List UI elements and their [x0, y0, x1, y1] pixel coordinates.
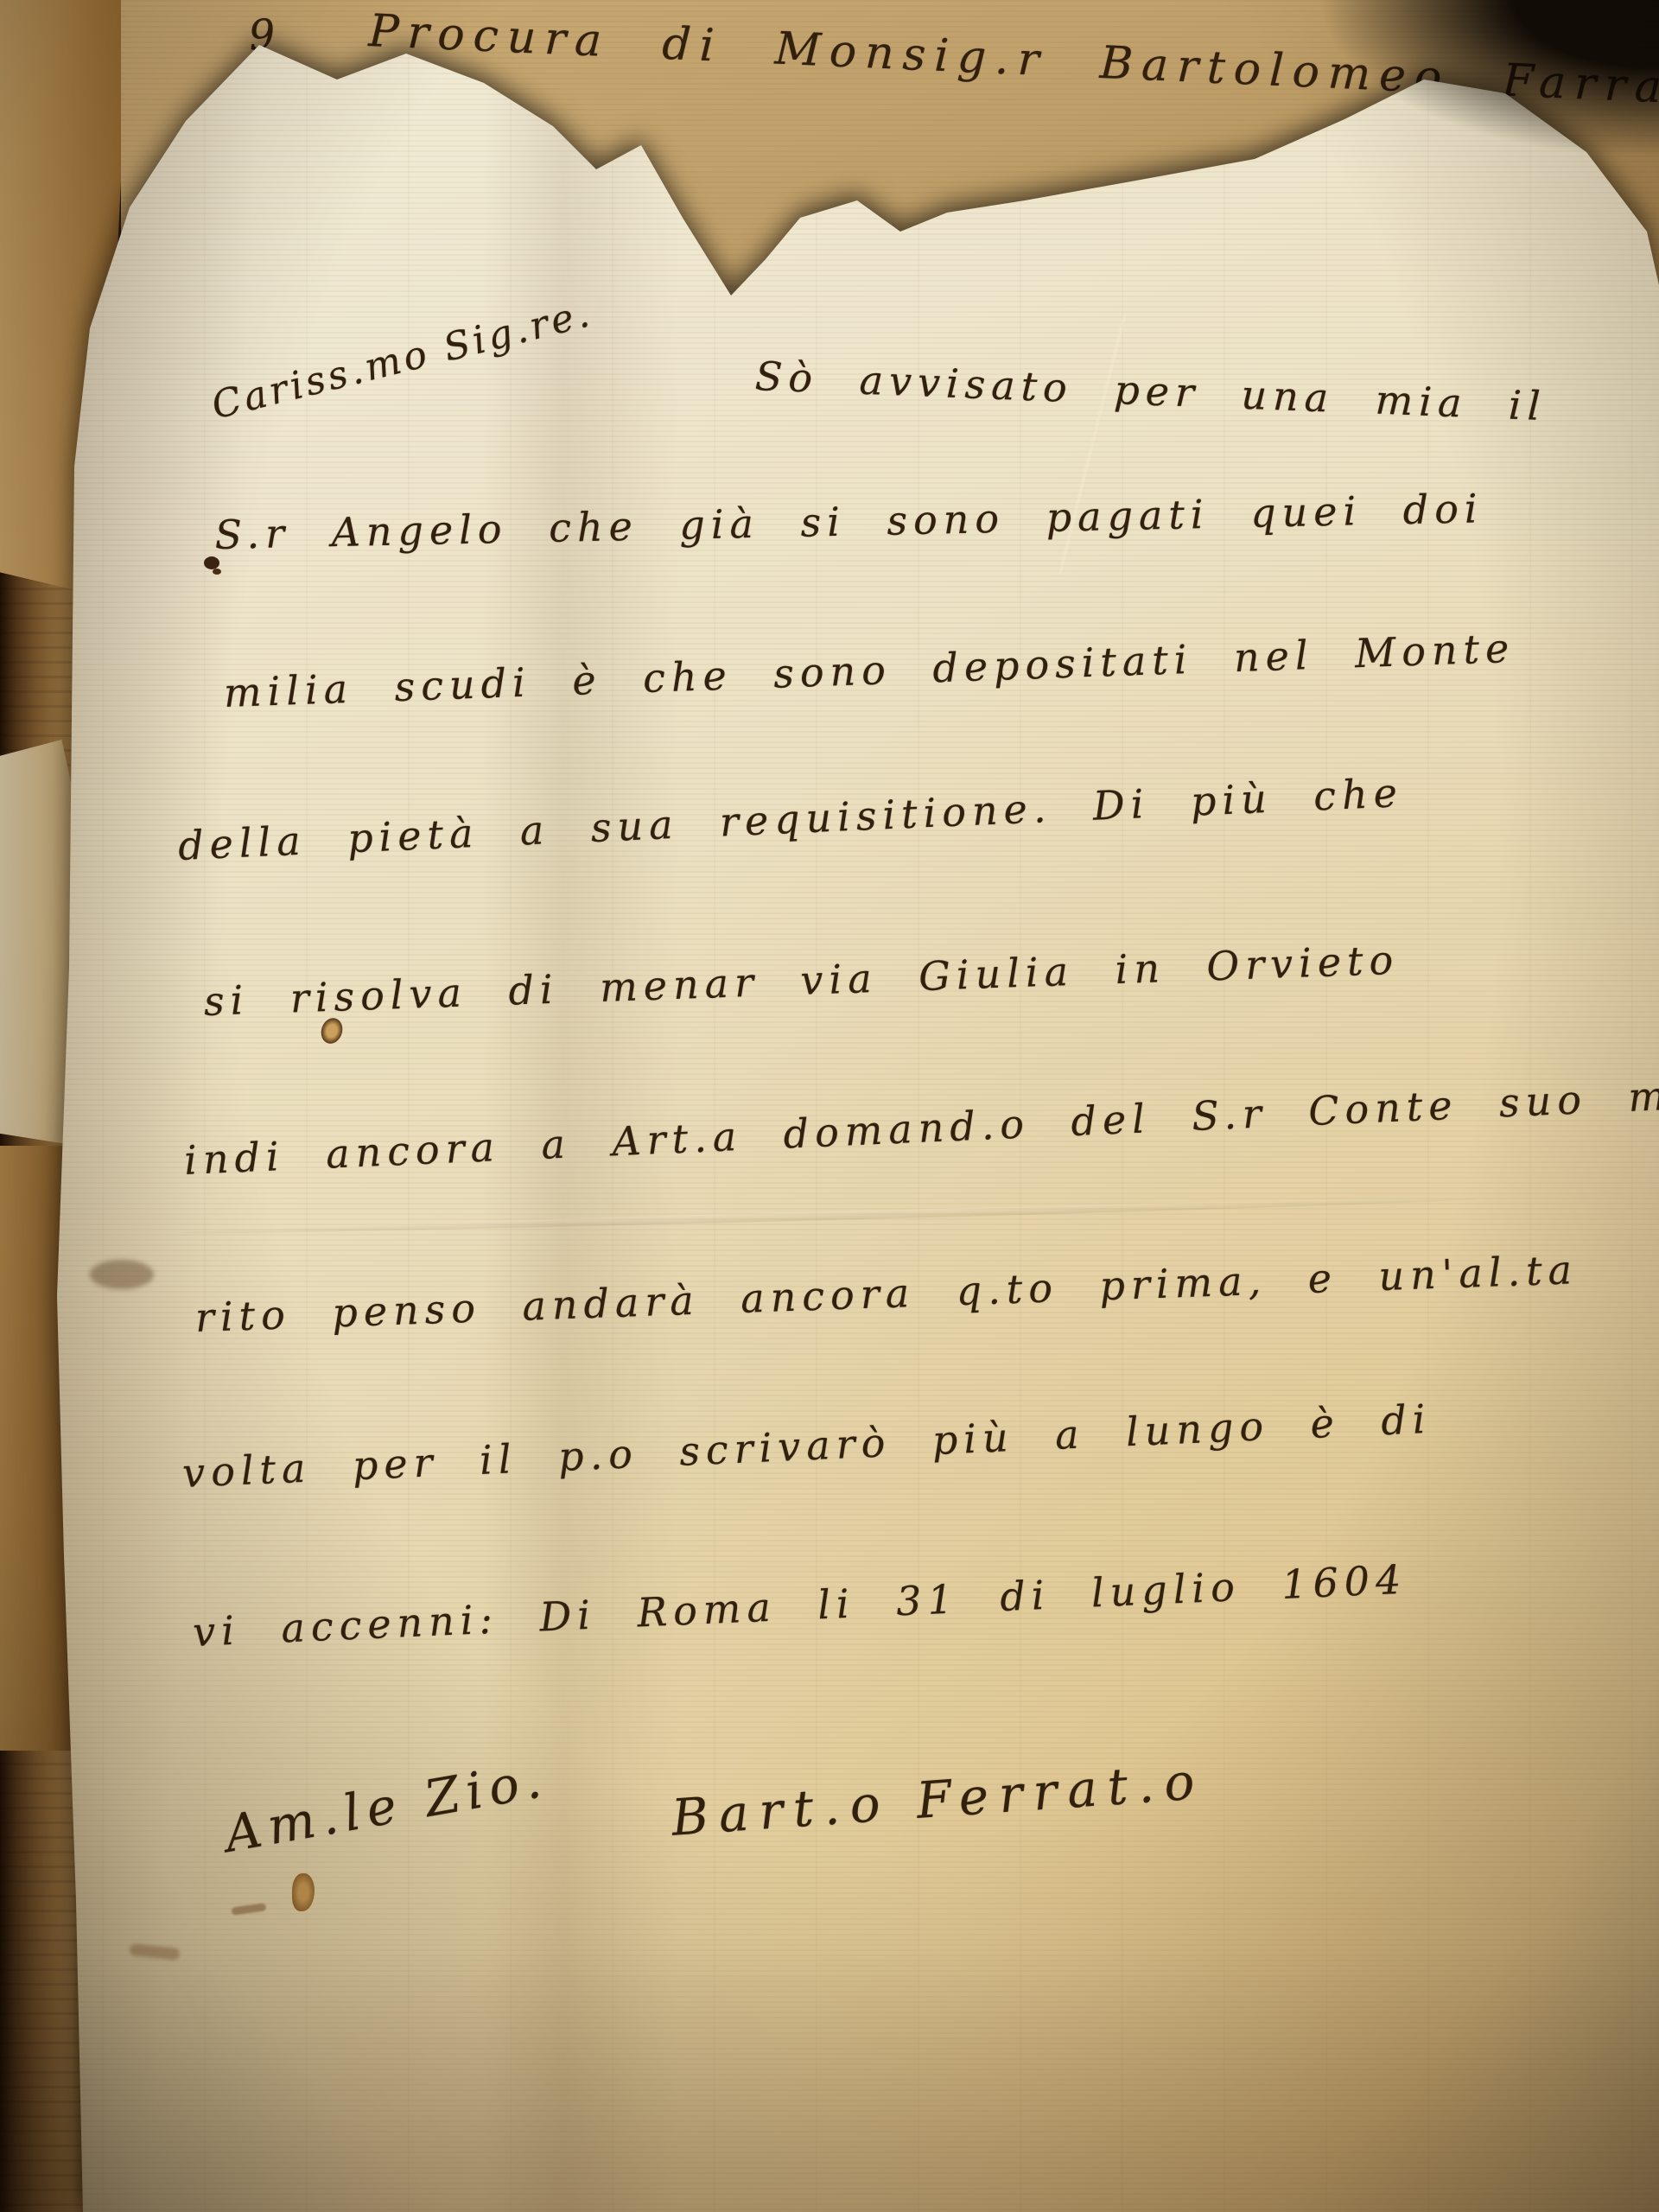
ink-smear: [90, 1260, 154, 1289]
ink-stain: [204, 556, 219, 569]
photo-of-manuscript: { "inscription": { "text": "Procura di M…: [0, 0, 1659, 2212]
